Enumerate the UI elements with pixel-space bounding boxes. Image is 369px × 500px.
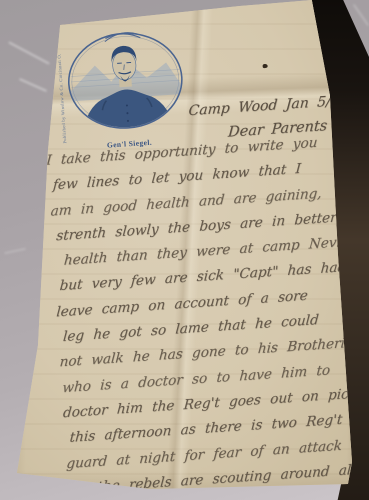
letter-body: I take this opportunity to write youfew … [44, 129, 369, 500]
surface-scuff-mark [19, 78, 47, 92]
surface-scuff-mark [4, 248, 26, 254]
letter-dateline: Camp Wood Jan 5/2, [188, 93, 345, 119]
surface-scuff-mark [353, 4, 369, 26]
letter-photograph: Gen'l Siegel. Published by Winslow & Co.… [0, 0, 369, 500]
general-siegel-portrait-icon [60, 17, 192, 143]
surface-scuff-mark [8, 41, 50, 64]
letter-paper: Gen'l Siegel. Published by Winslow & Co.… [0, 0, 369, 500]
ink-spot [263, 64, 268, 68]
letter-content: Gen'l Siegel. Published by Winslow & Co.… [22, 0, 369, 495]
